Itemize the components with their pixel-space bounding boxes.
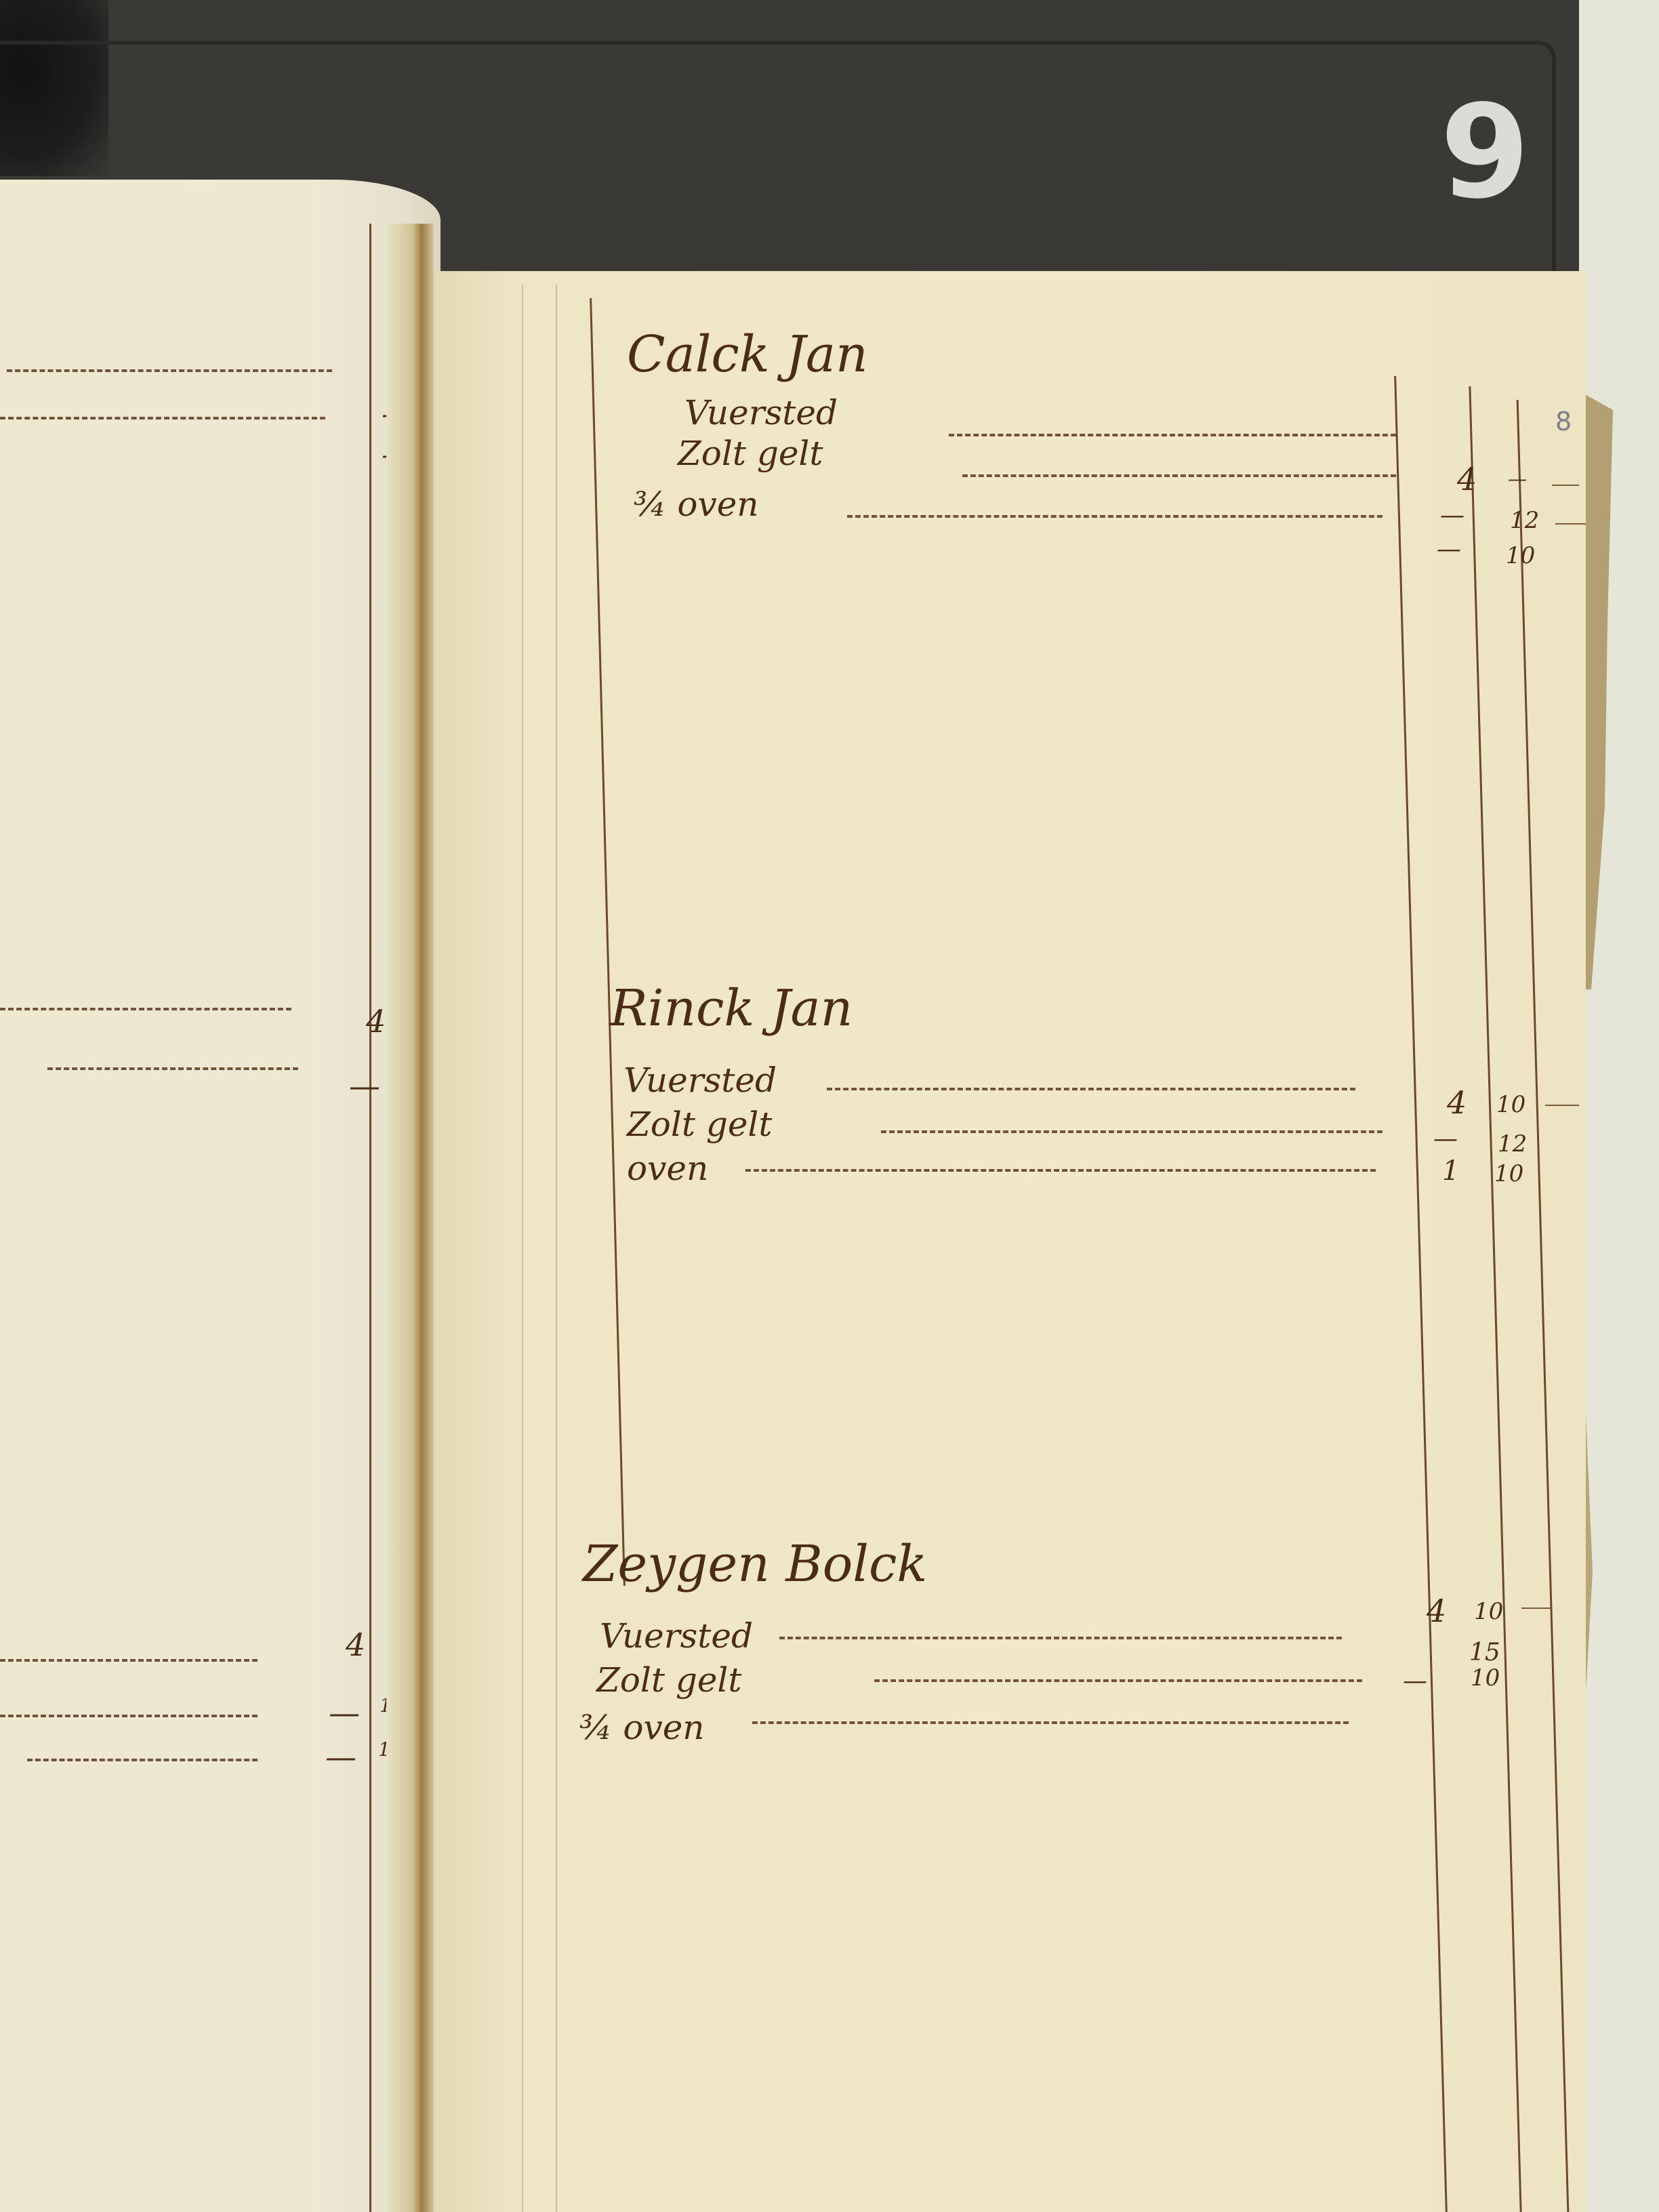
sheet-number-marker: 9: [1440, 88, 1530, 217]
amount-stivers: 12: [1510, 507, 1539, 534]
amount-guilders: —: [329, 1694, 360, 1731]
amount-stivers: 12: [1498, 1130, 1527, 1158]
leader-dots: [0, 1659, 258, 1662]
leader-dots: [949, 434, 1396, 436]
total-dash: [1555, 523, 1586, 525]
amount-guilders: —: [1440, 501, 1465, 529]
entry-line-label: Zolt gelt: [596, 1660, 742, 1700]
entry-line-label: ¾ oven: [634, 485, 759, 524]
entry-line-label: Vuersted: [623, 1061, 777, 1100]
pencil-folio-number: 8: [1555, 407, 1572, 436]
leader-dots: [0, 417, 325, 419]
leader-dots: [752, 1721, 1349, 1724]
leader-dots: [847, 515, 1382, 518]
entry-line-label: oven: [627, 1149, 708, 1188]
amount-stivers: 10: [1474, 1598, 1503, 1625]
entry-line-label: Zolt gelt: [627, 1105, 773, 1144]
taxpayer-name: Calck Jan: [627, 325, 868, 384]
leader-dots: [881, 1130, 1382, 1133]
book-gutter: [386, 224, 434, 2212]
amount-stivers: 10: [1494, 1160, 1523, 1187]
leader-dots: [47, 1067, 298, 1070]
taxpayer-name: Rinck Jan: [610, 979, 853, 1038]
leader-dots: [0, 1715, 258, 1717]
total-dash: [1552, 485, 1579, 486]
leader-dots: [874, 1679, 1362, 1682]
right-page: [434, 271, 1586, 2212]
amount-guilders: 4: [1447, 1084, 1467, 1121]
leader-dots: [7, 369, 332, 372]
amount-guilders: —: [349, 1067, 380, 1104]
left-page-column-rule: [369, 224, 371, 2212]
taxpayer-name: Zeygen Bolck: [583, 1535, 927, 1593]
entry-line-label: Zolt gelt: [678, 434, 823, 473]
leader-dots: [0, 1008, 291, 1010]
leader-dots: [27, 1759, 258, 1761]
margin-rule: [556, 285, 557, 2212]
leader-dots: [779, 1637, 1342, 1639]
entry-line-label: Vuersted: [600, 1616, 753, 1656]
left-page: [0, 180, 441, 2212]
amount-stivers: 10: [1506, 542, 1535, 569]
total-dash: [1521, 1607, 1552, 1609]
total-dash: [1545, 1105, 1579, 1106]
amount-guilders: —: [325, 1738, 356, 1775]
amount-guilders: —: [1403, 1667, 1427, 1695]
amount-guilders: 4: [366, 1003, 386, 1040]
entry-line-label: Vuersted: [684, 393, 838, 432]
entry-line-label: ¾ oven: [579, 1708, 705, 1747]
leader-dots: [745, 1169, 1376, 1172]
margin-rule: [522, 285, 523, 2212]
amount-stivers: 10: [1471, 1664, 1500, 1692]
amount-guilders: —: [1433, 1125, 1458, 1153]
leader-dots: [827, 1088, 1355, 1090]
amount-guilders: 4: [1427, 1593, 1446, 1629]
amount-guilders: 1: [1442, 1155, 1459, 1187]
amount-stivers: —: [1508, 468, 1527, 490]
amount-guilders: —: [1437, 535, 1461, 563]
amount-stivers: 15: [1469, 1639, 1500, 1666]
amount-guilders: 4: [1457, 461, 1477, 497]
amount-stivers: 10: [1496, 1091, 1525, 1118]
leader-dots: [962, 474, 1396, 477]
amount-guilders: 4: [346, 1626, 365, 1663]
